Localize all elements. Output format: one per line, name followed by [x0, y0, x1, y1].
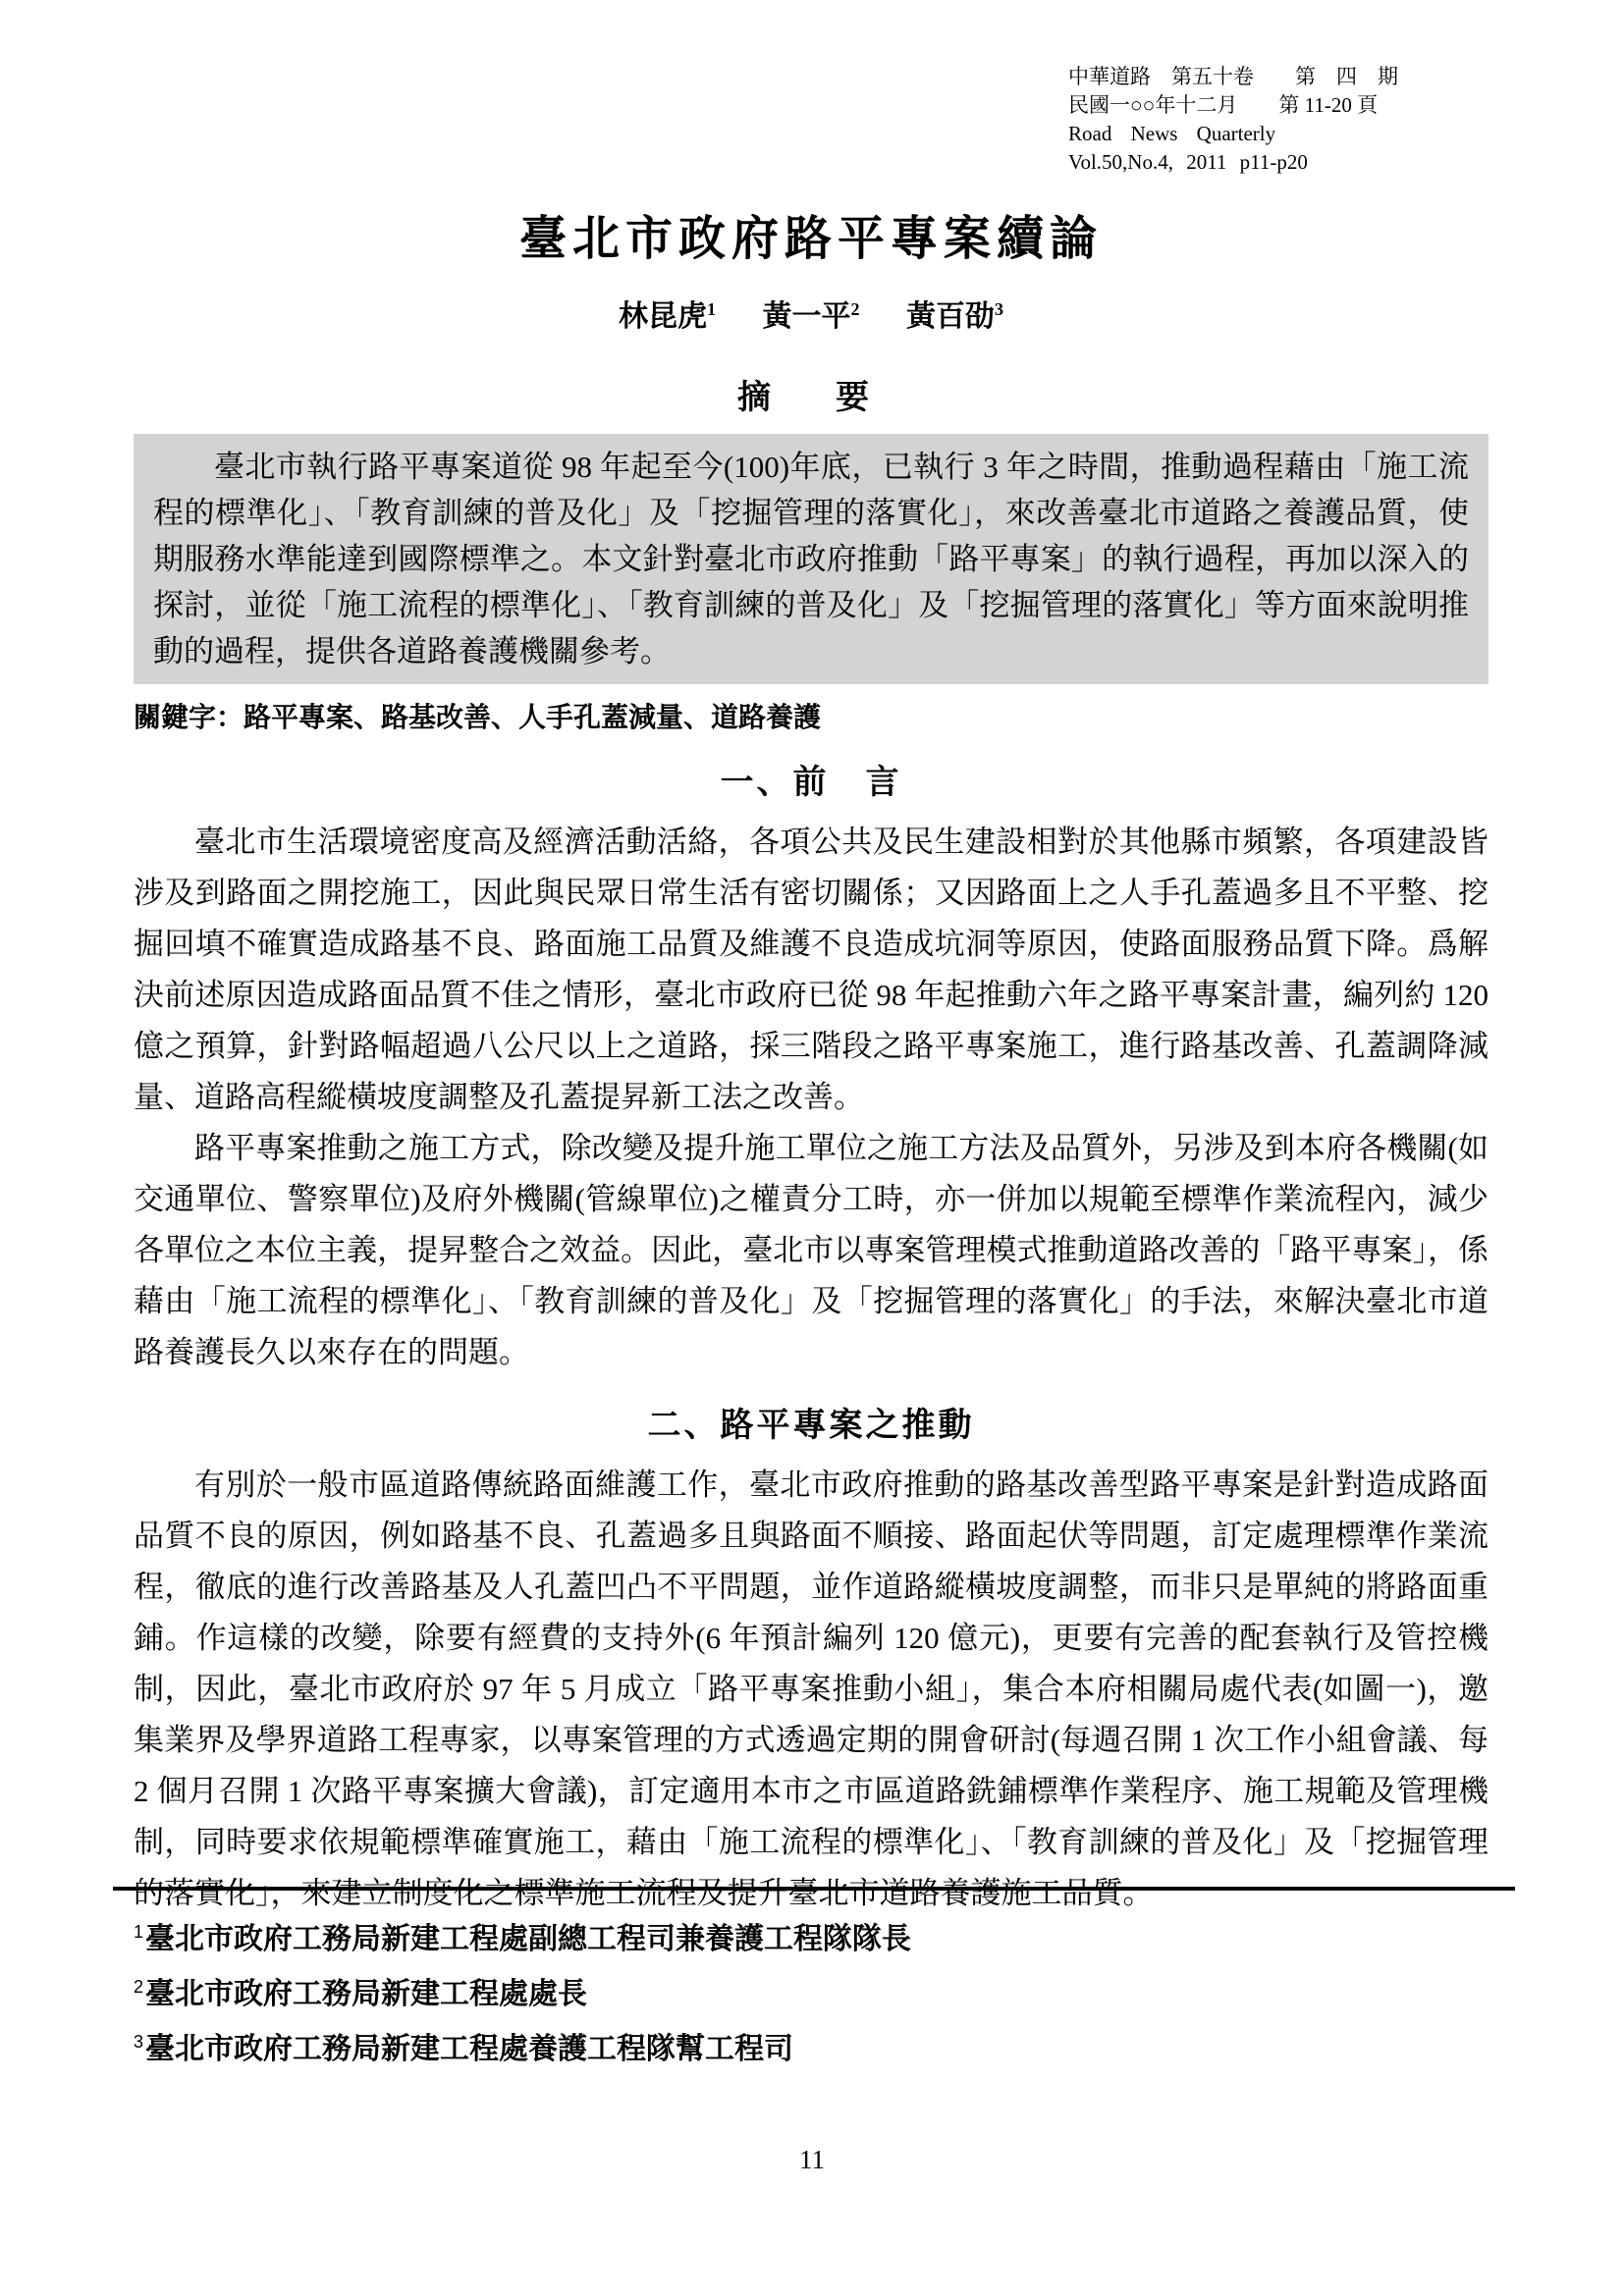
section-2-heading: 二、路平專案之推動 — [134, 1398, 1489, 1446]
footnote: 3臺北市政府工務局新建工程處養護工程隊幫工程司 — [134, 2018, 1528, 2073]
footnote-mark: 1 — [134, 1922, 143, 1942]
author-footnote-mark: 1 — [707, 299, 716, 319]
footnote-text: 臺北市政府工務局新建工程處副總工程司兼養護工程隊隊長 — [145, 1923, 911, 1955]
abstract-heading: 摘 要 — [134, 370, 1489, 418]
footnotes: 1臺北市政府工務局新建工程處副總工程司兼養護工程隊隊長 2臺北市政府工務局新建工… — [134, 1908, 1528, 2073]
footnote-mark: 3 — [134, 2032, 143, 2052]
footnote-text: 臺北市政府工務局新建工程處養護工程隊幫工程司 — [145, 2033, 793, 2065]
keywords-line: 關鍵字：路平專案、路基改善、人手孔蓋減量、道路養護 — [134, 696, 1489, 735]
paper-page: 中華道路 第五十卷 第 四 期 民國一○○年十二月 第 11-20 頁 Road… — [0, 0, 1624, 2296]
footnote: 1臺北市政府工務局新建工程處副總工程司兼養護工程隊隊長 — [134, 1908, 1528, 1963]
page-number: 11 — [0, 2145, 1624, 2175]
author: 林昆虎1 — [619, 300, 716, 333]
footnote: 2臺北市政府工務局新建工程處處長 — [134, 1963, 1528, 2018]
footnote-separator — [113, 1887, 1515, 1891]
abstract-text: 臺北市執行路平專案道從 98 年起至今(100)年底，已執行 3 年之時間，推動… — [153, 444, 1469, 674]
abstract-box: 臺北市執行路平專案道從 98 年起至今(100)年底，已執行 3 年之時間，推動… — [134, 434, 1489, 684]
author-name: 林昆虎 — [619, 300, 707, 333]
author-footnote-mark: 3 — [995, 299, 1003, 319]
section-1-paragraph-1: 臺北市生活環境密度高及經濟活動活絡，各項公共及民生建設相對於其他縣市頻繁，各項建… — [134, 817, 1489, 1123]
footnote-text: 臺北市政府工務局新建工程處處長 — [145, 1978, 587, 2010]
author: 黃一平2 — [763, 300, 860, 333]
footnote-mark: 2 — [134, 1977, 143, 1997]
section-1-paragraph-2: 路平專案推動之施工方式，除改變及提升施工單位之施工方法及品質外，另涉及到本府各機… — [134, 1123, 1489, 1378]
author-name: 黃百劭 — [906, 300, 995, 333]
author: 黃百劭3 — [906, 300, 1003, 333]
author-name: 黃一平 — [763, 300, 851, 333]
main-column: 臺北市政府路平專案續論 林昆虎1 黃一平2 黃百劭3 摘 要 臺北市執行路平專案… — [134, 0, 1489, 1919]
section-1-heading: 一、前 言 — [134, 755, 1489, 803]
section-2-paragraph-1: 有別於一般市區道路傳統路面維護工作，臺北市政府推動的路基改善型路平專案是針對造成… — [134, 1460, 1489, 1919]
author-footnote-mark: 2 — [851, 299, 860, 319]
paper-title: 臺北市政府路平專案續論 — [134, 200, 1489, 268]
authors-line: 林昆虎1 黃一平2 黃百劭3 — [134, 292, 1489, 335]
